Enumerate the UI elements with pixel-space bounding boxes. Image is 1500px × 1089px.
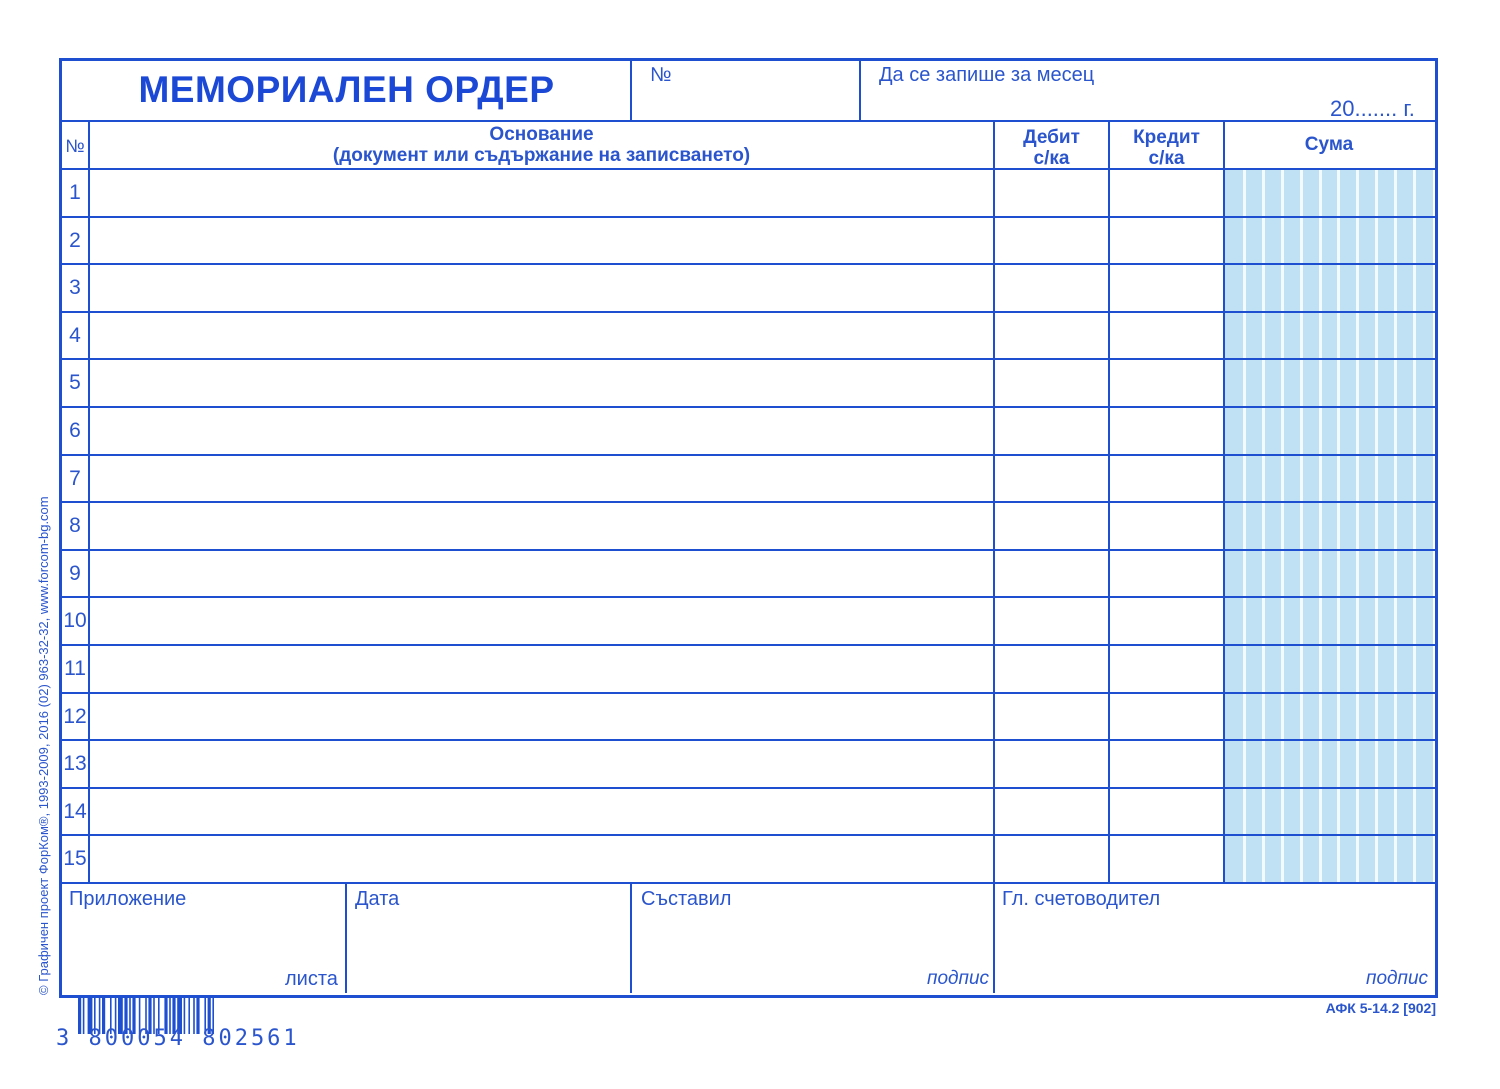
credit-cell[interactable]: [1111, 314, 1226, 359]
sum-cell[interactable]: [1226, 171, 1436, 216]
sum-cell[interactable]: [1226, 457, 1436, 502]
debit-cell[interactable]: [996, 837, 1111, 882]
divider: [859, 61, 861, 121]
basis-cell[interactable]: [91, 361, 996, 406]
attachment-label: Приложение: [69, 888, 186, 911]
sum-cell[interactable]: [1226, 409, 1436, 454]
credit-cell[interactable]: [1111, 552, 1226, 597]
year-label: 20....... г.: [1330, 96, 1415, 122]
sum-cell[interactable]: [1226, 695, 1436, 740]
row-number: 14: [62, 800, 88, 824]
divider: [630, 61, 632, 121]
month-label: Да се запише за месец: [879, 64, 1094, 87]
sum-cell[interactable]: [1226, 790, 1436, 835]
sheets-label: листа: [285, 968, 338, 991]
credit-cell[interactable]: [1111, 695, 1226, 740]
compiled-by-label: Съставил: [641, 888, 731, 911]
compiled-by-field[interactable]: [638, 915, 992, 967]
chief-accountant-field[interactable]: [1000, 915, 1434, 967]
header-divider: [62, 168, 1435, 170]
row-number: 4: [62, 324, 88, 348]
credit-cell[interactable]: [1111, 742, 1226, 787]
row-number: 10: [62, 609, 88, 633]
debit-cell[interactable]: [996, 409, 1111, 454]
row-divider: [62, 787, 1435, 789]
row-divider: [62, 501, 1435, 503]
row-number: 13: [62, 752, 88, 776]
debit-cell[interactable]: [996, 314, 1111, 359]
attachment-field[interactable]: [66, 915, 345, 967]
sum-cell[interactable]: [1226, 647, 1436, 692]
divider: [62, 120, 1435, 122]
basis-cell[interactable]: [91, 647, 996, 692]
debit-cell[interactable]: [996, 266, 1111, 311]
row-number: 12: [62, 705, 88, 729]
sum-cell[interactable]: [1226, 361, 1436, 406]
row-divider: [62, 216, 1435, 218]
credit-cell[interactable]: [1111, 837, 1226, 882]
form-title: МЕМОРИАЛЕН ОРДЕР: [62, 61, 631, 119]
debit-cell[interactable]: [996, 742, 1111, 787]
debit-cell[interactable]: [996, 457, 1111, 502]
row-number: 1: [62, 181, 88, 205]
order-number-field[interactable]: [680, 66, 854, 116]
sum-cell[interactable]: [1226, 266, 1436, 311]
col-header-credit-subtitle: с/ка: [1110, 148, 1223, 169]
row-number: 7: [62, 467, 88, 491]
sum-cell[interactable]: [1226, 837, 1436, 882]
row-number: 9: [62, 562, 88, 586]
basis-cell[interactable]: [91, 695, 996, 740]
credit-cell[interactable]: [1111, 171, 1226, 216]
barcode-number: 3 800054 802561: [56, 1026, 300, 1051]
debit-cell[interactable]: [996, 219, 1111, 264]
sum-cell[interactable]: [1226, 219, 1436, 264]
debit-cell[interactable]: [996, 361, 1111, 406]
col-header-basis: Основание (документ или съдържание на за…: [90, 124, 993, 166]
basis-cell[interactable]: [91, 837, 996, 882]
col-header-sum: Сума: [1225, 134, 1433, 155]
row-number: 2: [62, 229, 88, 253]
credit-cell[interactable]: [1111, 599, 1226, 644]
basis-cell[interactable]: [91, 266, 996, 311]
basis-cell[interactable]: [91, 599, 996, 644]
col-header-debit: Дебит с/ка: [995, 127, 1108, 169]
col-header-num: №: [62, 136, 88, 157]
credit-cell[interactable]: [1111, 361, 1226, 406]
basis-cell[interactable]: [91, 219, 996, 264]
row-divider: [62, 596, 1435, 598]
row-divider: [62, 454, 1435, 456]
basis-cell[interactable]: [91, 790, 996, 835]
sum-cell[interactable]: [1226, 552, 1436, 597]
copyright-side-text: © Графичен проект ФорКом®, 1993-2009, 20…: [36, 496, 51, 995]
sum-cell[interactable]: [1226, 314, 1436, 359]
col-header-debit-subtitle: с/ка: [995, 148, 1108, 169]
row-number: 8: [62, 514, 88, 538]
debit-cell[interactable]: [996, 504, 1111, 549]
credit-cell[interactable]: [1111, 457, 1226, 502]
date-field[interactable]: [352, 915, 631, 987]
row-divider: [62, 263, 1435, 265]
credit-cell[interactable]: [1111, 790, 1226, 835]
sum-cell[interactable]: [1226, 742, 1436, 787]
chief-signature-label: подпис: [1366, 968, 1428, 990]
order-number-label: №: [650, 64, 671, 87]
divider: [345, 883, 347, 993]
divider: [62, 882, 1435, 884]
date-label: Дата: [355, 888, 399, 911]
row-number: 3: [62, 276, 88, 300]
basis-cell[interactable]: [91, 409, 996, 454]
debit-cell[interactable]: [996, 171, 1111, 216]
col-header-basis-subtitle: (документ или съдържание на записването): [90, 145, 993, 166]
basis-cell[interactable]: [91, 314, 996, 359]
row-divider: [62, 311, 1435, 313]
debit-cell[interactable]: [996, 695, 1111, 740]
basis-cell[interactable]: [91, 171, 996, 216]
credit-cell[interactable]: [1111, 219, 1226, 264]
basis-cell[interactable]: [91, 457, 996, 502]
row-divider: [62, 358, 1435, 360]
row-number: 11: [62, 657, 88, 681]
row-divider: [62, 406, 1435, 408]
row-number: 15: [62, 847, 88, 871]
row-divider: [62, 692, 1435, 694]
col-header-credit: Кредит с/ка: [1110, 127, 1223, 169]
credit-cell[interactable]: [1111, 647, 1226, 692]
form-code: АФК 5-14.2 [902]: [1326, 1000, 1436, 1016]
credit-cell[interactable]: [1111, 266, 1226, 311]
month-field[interactable]: [1100, 64, 1424, 90]
divider: [993, 883, 995, 993]
debit-cell[interactable]: [996, 552, 1111, 597]
row-divider: [62, 644, 1435, 646]
row-number: 5: [62, 371, 88, 395]
sum-cell[interactable]: [1226, 504, 1436, 549]
row-divider: [62, 739, 1435, 741]
compiled-signature-label: подпис: [927, 968, 989, 990]
basis-cell[interactable]: [91, 552, 996, 597]
row-divider: [62, 549, 1435, 551]
col-header-debit-title: Дебит: [995, 127, 1108, 148]
chief-accountant-label: Гл. счетоводител: [1002, 888, 1160, 911]
row-number: 6: [62, 419, 88, 443]
row-divider: [62, 834, 1435, 836]
basis-cell[interactable]: [91, 742, 996, 787]
col-header-basis-title: Основание: [90, 124, 993, 145]
col-header-credit-title: Кредит: [1110, 127, 1223, 148]
credit-cell[interactable]: [1111, 409, 1226, 454]
sum-cell[interactable]: [1226, 599, 1436, 644]
debit-cell[interactable]: [996, 790, 1111, 835]
credit-cell[interactable]: [1111, 504, 1226, 549]
debit-cell[interactable]: [996, 599, 1111, 644]
debit-cell[interactable]: [996, 647, 1111, 692]
basis-cell[interactable]: [91, 504, 996, 549]
